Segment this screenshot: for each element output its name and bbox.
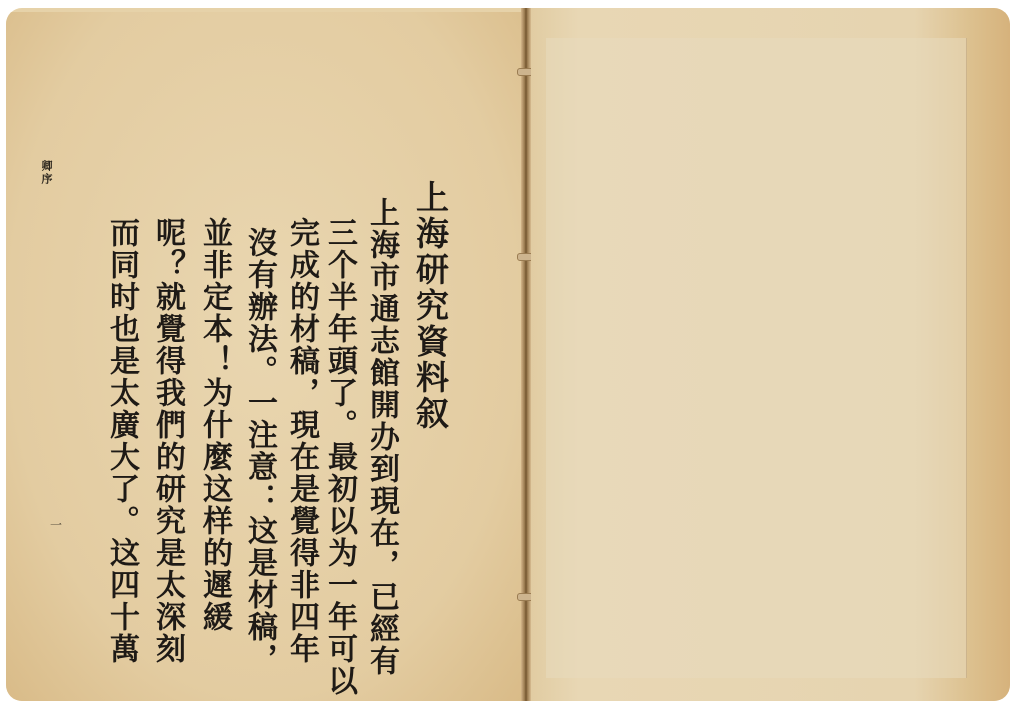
- text-column-7: 而同时也是太廣大了。这四十萬: [106, 217, 136, 665]
- left-page: 卿序 一 上海研究資料叙 上海市通志館開办到現在，已經有 三个半年頭了。最初以为…: [6, 12, 521, 701]
- margin-label: 卿序: [38, 160, 54, 186]
- right-page-blank: [531, 8, 1010, 701]
- page-number: 一: [50, 516, 62, 533]
- text-column-2: 三个半年頭了。最初以为一年可以: [324, 217, 354, 697]
- right-page-inner: [546, 38, 967, 678]
- text-column-1: 上海市通志館開办到現在，已經有: [366, 197, 396, 677]
- text-column-5: 並非定本！为什麼这样的遲緩: [199, 217, 229, 633]
- book-spread: 卿序 一 上海研究資料叙 上海市通志館開办到現在，已經有 三个半年頭了。最初以为…: [6, 8, 1010, 701]
- text-column-4: 沒有辦法。一注意：这是材稿，: [244, 227, 274, 675]
- text-column-6: 呢？就覺得我們的研究是太深刻: [152, 217, 182, 665]
- document-title: 上海研究資料叙: [414, 180, 447, 432]
- text-column-3: 完成的材稿，現在是覺得非四年: [286, 217, 316, 665]
